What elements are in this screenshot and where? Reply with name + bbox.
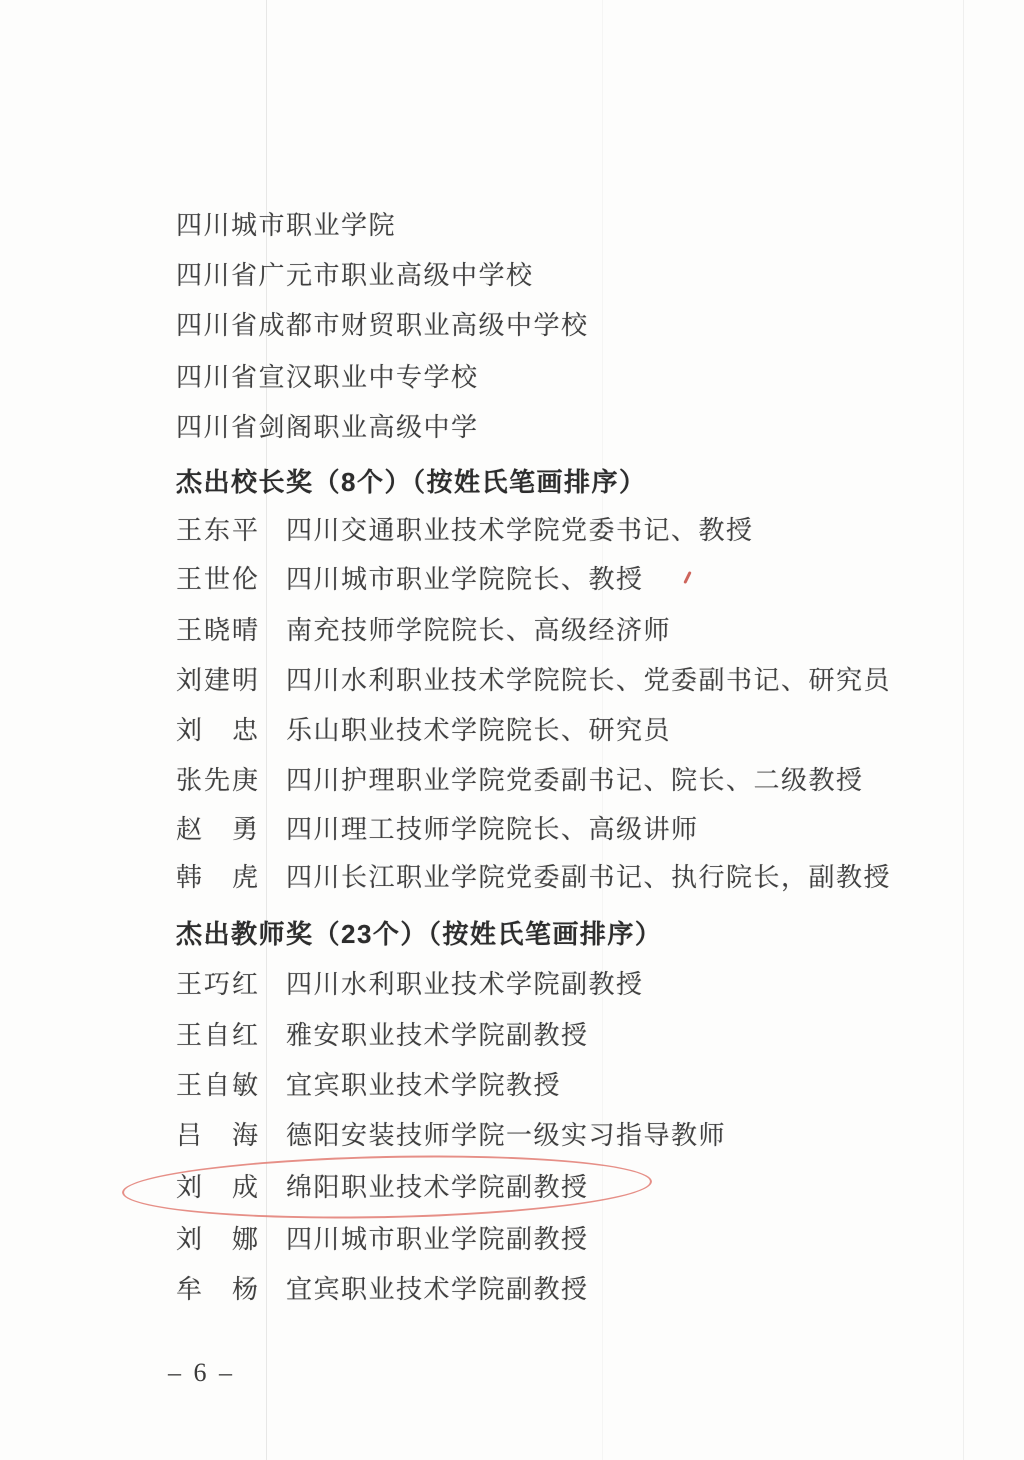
awardee-name: 刘忠 (176, 710, 258, 747)
school-name: 四川省剑阁职业高级中学 (176, 407, 479, 444)
awardee-title: 四川城市职业学院副教授 (286, 1219, 589, 1256)
awardee-title: 四川长江职业学院党委副书记、执行院长，副教授 (286, 857, 891, 894)
awardee-name: 刘建明 (176, 660, 258, 697)
award-entry: 刘建明 四川水利职业技术学院院长、党委副书记、研究员 (0, 652, 1024, 704)
scanned-document-page: 四川城市职业学院 四川省广元市职业高级中学校 四川省成都市财贸职业高级中学校 四… (0, 0, 1024, 1460)
award-entry: 王东平 四川交通职业技术学院党委书记、教授 (0, 502, 1024, 554)
awardee-name: 刘娜 (176, 1219, 258, 1256)
award-entry: 王巧红 四川水利职业技术学院副教授 (0, 956, 1024, 1008)
award-entry: 赵勇 四川理工技师学院院长、高级讲师 (0, 801, 1024, 853)
awardee-title: 四川水利职业技术学院院长、党委副书记、研究员 (286, 660, 891, 697)
awardee-name: 刘成 (176, 1167, 258, 1204)
list-item: 四川省广元市职业高级中学校 (0, 247, 1024, 299)
awardee-title: 四川理工技师学院院长、高级讲师 (286, 809, 699, 846)
awardee-name: 王自敏 (176, 1065, 258, 1102)
school-name: 四川省成都市财贸职业高级中学校 (176, 305, 589, 342)
awardee-title: 宜宾职业技术学院教授 (286, 1065, 561, 1102)
section-heading-row: 杰出校长奖（8个）（按姓氏笔画排序） (0, 454, 1024, 506)
awardee-title: 四川护理职业学院党委副书记、院长、二级教授 (286, 760, 864, 797)
awardee-title: 乐山职业技术学院院长、研究员 (286, 710, 671, 747)
school-name: 四川城市职业学院 (176, 205, 396, 242)
section-heading-row: 杰出教师奖（23个）（按姓氏笔画排序） (0, 906, 1024, 958)
section-heading: 杰出校长奖（8个）（按姓氏笔画排序） (176, 462, 646, 499)
list-item: 四川城市职业学院 (0, 197, 1024, 249)
list-item: 四川省宣汉职业中专学校 (0, 349, 1024, 401)
awardee-name: 王自红 (176, 1015, 258, 1052)
award-entry: 刘忠 乐山职业技术学院院长、研究员 (0, 702, 1024, 754)
awardee-name: 王巧红 (176, 964, 258, 1001)
awardee-name: 韩虎 (176, 857, 258, 894)
award-entry: 刘娜 四川城市职业学院副教授 (0, 1211, 1024, 1263)
page-number: – 6 – (168, 1347, 235, 1399)
award-entry: 王世伦 四川城市职业学院院长、教授 (0, 551, 1024, 603)
awardee-name: 王晓晴 (176, 610, 258, 647)
award-entry: 牟杨 宜宾职业技术学院副教授 (0, 1261, 1024, 1313)
awardee-title: 宜宾职业技术学院副教授 (286, 1269, 589, 1306)
school-name: 四川省广元市职业高级中学校 (176, 255, 534, 292)
section-heading: 杰出教师奖（23个）（按姓氏笔画排序） (176, 914, 662, 951)
award-entry: 王自红 雅安职业技术学院副教授 (0, 1007, 1024, 1059)
awardee-title: 四川水利职业技术学院副教授 (286, 964, 644, 1001)
award-entry: 王自敏 宜宾职业技术学院教授 (0, 1057, 1024, 1109)
award-entry: 吕海 德阳安装技师学院一级实习指导教师 (0, 1107, 1024, 1159)
awardee-title: 雅安职业技术学院副教授 (286, 1015, 589, 1052)
award-entry-circled: 刘成 绵阳职业技术学院副教授 (0, 1159, 1024, 1211)
awardee-name: 吕海 (176, 1115, 258, 1152)
school-name: 四川省宣汉职业中专学校 (176, 357, 479, 394)
award-entry: 王晓晴 南充技师学院院长、高级经济师 (0, 602, 1024, 654)
awardee-name: 王世伦 (176, 559, 258, 596)
award-entry: 张先庚 四川护理职业学院党委副书记、院长、二级教授 (0, 752, 1024, 804)
awardee-title: 绵阳职业技术学院副教授 (286, 1167, 589, 1204)
awardee-name: 牟杨 (176, 1269, 258, 1306)
award-entry: 韩虎 四川长江职业学院党委副书记、执行院长，副教授 (0, 849, 1024, 901)
awardee-name: 王东平 (176, 510, 258, 547)
awardee-name: 赵勇 (176, 809, 258, 846)
awardee-name: 张先庚 (176, 760, 258, 797)
awardee-title: 四川交通职业技术学院党委书记、教授 (286, 510, 754, 547)
list-item: 四川省剑阁职业高级中学 (0, 399, 1024, 451)
awardee-title: 南充技师学院院长、高级经济师 (286, 610, 671, 647)
awardee-title: 四川城市职业学院院长、教授 (286, 559, 644, 596)
awardee-title: 德阳安装技师学院一级实习指导教师 (286, 1115, 726, 1152)
list-item: 四川省成都市财贸职业高级中学校 (0, 297, 1024, 349)
